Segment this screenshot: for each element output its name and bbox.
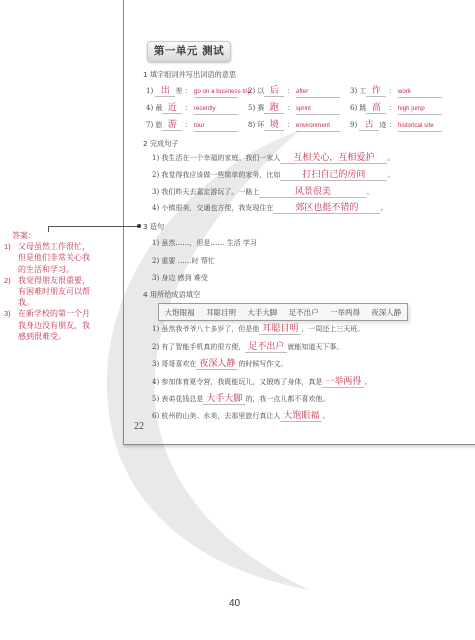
idiom-word-bank: 大饱眼福 耳聪目明 大手大脚 足不出户 一举两得 夜深人静 [158,303,408,321]
word-item: 2) 以后 ： after [248,86,340,98]
answer-blank: 跑 [264,103,284,114]
meaning-blank: after [296,87,340,98]
answer-heading: 答案： [12,230,94,241]
answer-note: 答案： 1) 父母虽然工作很忙，但是他们非常关心我的生活和学习。 2) 我觉得朋… [4,230,94,342]
answer-blank: 一举两得 [322,377,364,388]
idiom: 夜深人静 [371,307,401,318]
sentence-prompt: 1) 虽然……，但是…… 生活 学习 [152,238,257,248]
answer-blank: 大手大脚 [203,394,245,405]
answer-item: 1) 父母虽然工作很忙，但是他们非常关心我的生活和学习。 [4,241,94,275]
connector-line [48,226,138,227]
fill-idiom-item: 5) 表弟花钱总是大手大脚的，我一点儿都不喜欢他。 [152,394,329,405]
section4-title: 4 用所给成语填空 [143,290,200,300]
idiom: 大手大脚 [247,307,277,318]
idiom: 大饱眼福 [165,307,195,318]
answer-blank: 互相关心，互相爱护 [280,153,387,164]
meaning-blank: high jump [398,104,442,115]
page-number: 40 [229,598,240,609]
sentence-item: 4) 小镇很美，交通也方便，我发现住在郊区也挺不错的。 [152,203,387,214]
meaning-blank: historical site [398,121,442,132]
answer-item: 3) 在新学校的第一个月我身边没有朋友，我感到很难受。 [4,308,94,342]
sentence-prompt: 3) 身边 感到 难受 [152,273,208,283]
fill-idiom-item: 2) 有了智能手机真的很方便，足不出户就能知道天下事。 [152,342,343,353]
idiom: 耳聪目明 [206,307,236,318]
answer-blank: 夜深人静 [196,359,238,370]
word-item: 6) 跳高 ： high jump [350,103,442,115]
answer-blank: 作 [366,86,386,97]
meaning-blank: sprint [296,104,340,115]
answer-blank: 打扫自己的房间 [280,170,387,181]
sentence-item: 1) 我生活在一个幸福的家庭。我们一家人互相关心，互相爱护。 [152,153,394,164]
answer-blank: 境 [264,120,284,131]
answer-blank: 出 [155,86,175,97]
fill-idiom-item: 6) 杭州的山美、水美，去那里旅行真让人大饱眼福。 [152,411,329,422]
word-item: 8) 环境 ： environment [248,120,340,132]
section1-title: 1 填字组词并写出词语的意思 [143,70,236,80]
answer-blank: 大饱眼福 [280,411,322,422]
word-item: 3) 工作 ： work [350,86,442,98]
section3-title: 3 造句 [143,222,164,232]
word-item: 9) 古迹 ： historical site [350,120,442,132]
word-item: 5) 赛跑 ： sprint [248,103,340,115]
word-item: 4) 最近 ： recently [146,103,238,115]
sentence-prompt: 2) 重要 ……时 帮忙 [152,256,215,266]
meaning-blank: go on a business trip [194,87,238,98]
idiom: 一举两得 [330,307,360,318]
section2-title: 2 完成句子 [143,139,179,149]
unit-title: 第一单元 测试 [147,41,231,62]
word-item: 7) 旅游 ： tour [146,120,238,132]
answer-blank: 郊区也挺不错的 [273,203,380,214]
word-item: 1) 出差 ： go on a business trip [146,86,238,98]
meaning-blank: recently [194,104,238,115]
fill-idiom-item: 4) 参加体育夏令营，我既能玩儿，又锻炼了身体，真是一举两得。 [152,377,371,388]
answer-blank: 高 [366,103,386,114]
answer-blank: 古 [359,120,379,131]
idiom: 足不出户 [289,307,319,318]
meaning-blank: environment [296,121,340,132]
meaning-blank: tour [194,121,238,132]
connector-dot-icon [137,224,141,228]
fill-idiom-item: 1) 虽然我爷爷八十多岁了，但是他耳聪目明，一周还上三天班。 [152,324,364,335]
inner-page-number: 22 [134,421,144,432]
meaning-blank: work [398,87,442,98]
sentence-item: 2) 我觉得我应该做一些简单的家务，比如打扫自己的房间。 [152,170,394,181]
sentence-item: 3) 我们昨天去嘉定游玩了。一路上风景很美。 [152,187,373,198]
answer-blank: 后 [264,86,284,97]
fill-idiom-item: 3) 哥哥喜欢在夜深人静的时候写作文。 [152,359,287,370]
answer-blank: 游 [162,120,182,131]
answer-blank: 风景很美 [259,187,366,198]
answer-blank: 近 [162,103,182,114]
answer-blank: 耳聪目明 [259,324,301,335]
answer-item: 2) 我觉得朋友很重要，有困难时朋友可以帮我。 [4,275,94,309]
answer-blank: 足不出户 [245,342,287,353]
